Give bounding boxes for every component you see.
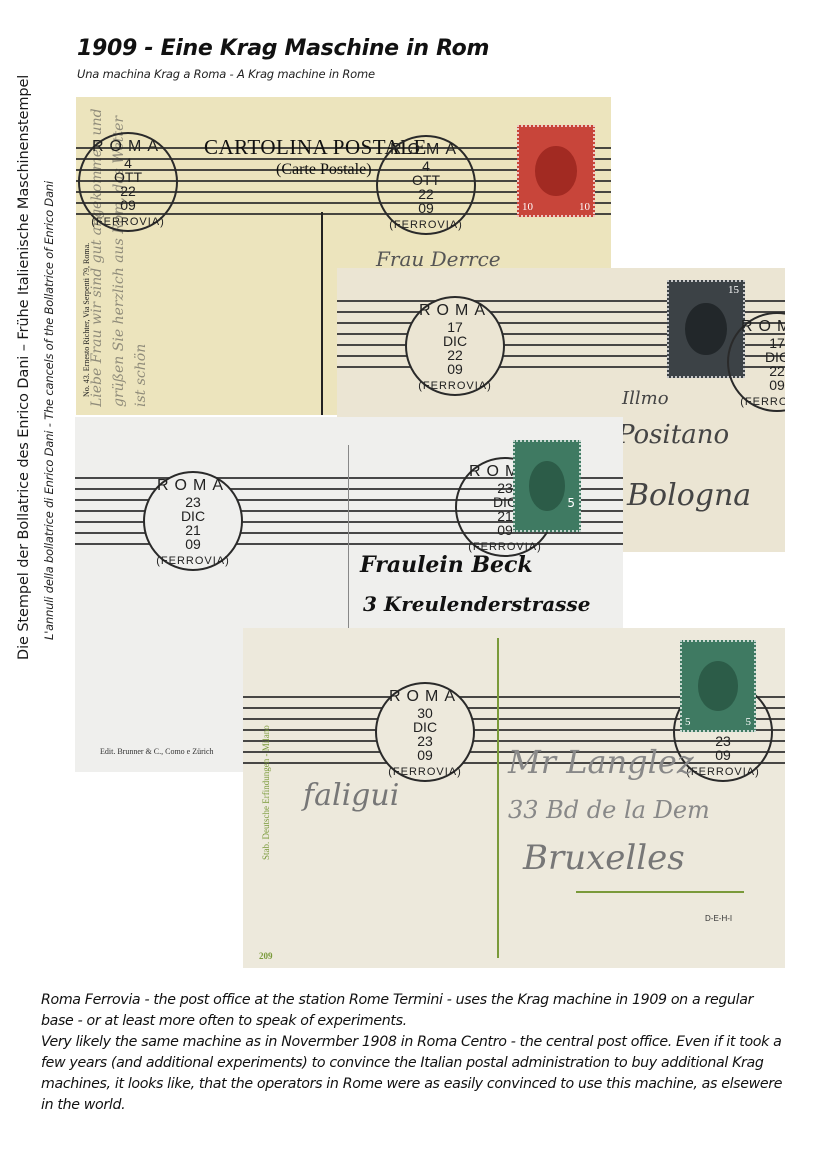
description-paragraph-1: Roma Ferrovia - the post office at the s… <box>41 990 788 1032</box>
publisher-imprint: Stab. Deutsche Erfindungen - Milano <box>261 725 271 860</box>
address-line2: 3 Kreulenderstrasse <box>363 592 590 616</box>
roma-cancel: ROMA 23 DIC 21 09 (FERROVIA) <box>143 471 243 571</box>
publisher-imprint: No. 43. Ernesto Richter, Via Serpenti 79… <box>82 243 91 397</box>
stamp-green-5c: 55 <box>680 640 756 732</box>
publisher-imprint: Edit. Brunner & C., Como e Zürich <box>100 747 214 756</box>
address-underline <box>576 891 744 893</box>
address-line2: Positano <box>617 420 729 450</box>
address-line1: Fraulein Beck <box>360 552 533 578</box>
series-subtitle-vertical: L'annuli della bollatrice di Enrico Dani… <box>42 181 56 640</box>
stamp-red-10c: 1010 <box>517 125 595 217</box>
divider-line <box>321 212 323 415</box>
roma-cancel: ROMA 4 OTT 22 09 (FERROVIA) <box>376 135 476 235</box>
stamp-green-5c: 5 <box>513 440 581 532</box>
page-title: 1909 - Eine Krag Maschine in Rom <box>77 36 489 61</box>
page-subtitle: Una machina Krag a Roma - A Krag machine… <box>77 67 375 81</box>
postcard-roma-30-dic: ROMA 30 DIC 23 09 (FERROVIA) ROMA 30 DIC… <box>243 628 785 968</box>
roma-cancel-left: ROMA 4 OTT 22 09 (FERROVIA) <box>78 132 178 232</box>
address-line2: 33 Bd de la Dem <box>508 796 710 824</box>
maker-mark: D-E-H-I <box>705 914 732 923</box>
roma-cancel: ROMA 17 DIC 22 09 (FERROVIA) <box>405 296 505 396</box>
series-title-vertical: Die Stempel der Bollatrice des Enrico Da… <box>16 75 32 660</box>
card-number: 209 <box>259 951 273 961</box>
address-line1: Mr Langlez <box>508 743 694 781</box>
roma-cancel-right: ROMA 17 DIC 22 09 (FERROVIA) <box>727 312 785 412</box>
printed-subtitle: (Carte Postale) <box>276 161 372 179</box>
divider-line <box>497 638 499 958</box>
handwritten-message: faligui <box>303 778 399 813</box>
description-text: Roma Ferrovia - the post office at the s… <box>41 990 788 1116</box>
description-paragraph-2: Very likely the same machine as in Nover… <box>41 1032 788 1116</box>
address-line3: Bologna <box>627 478 751 513</box>
address-line3: Bruxelles <box>523 838 685 878</box>
roma-cancel: ROMA 30 DIC 23 09 (FERROVIA) <box>375 682 475 782</box>
address-line1: Illmo <box>622 388 669 409</box>
